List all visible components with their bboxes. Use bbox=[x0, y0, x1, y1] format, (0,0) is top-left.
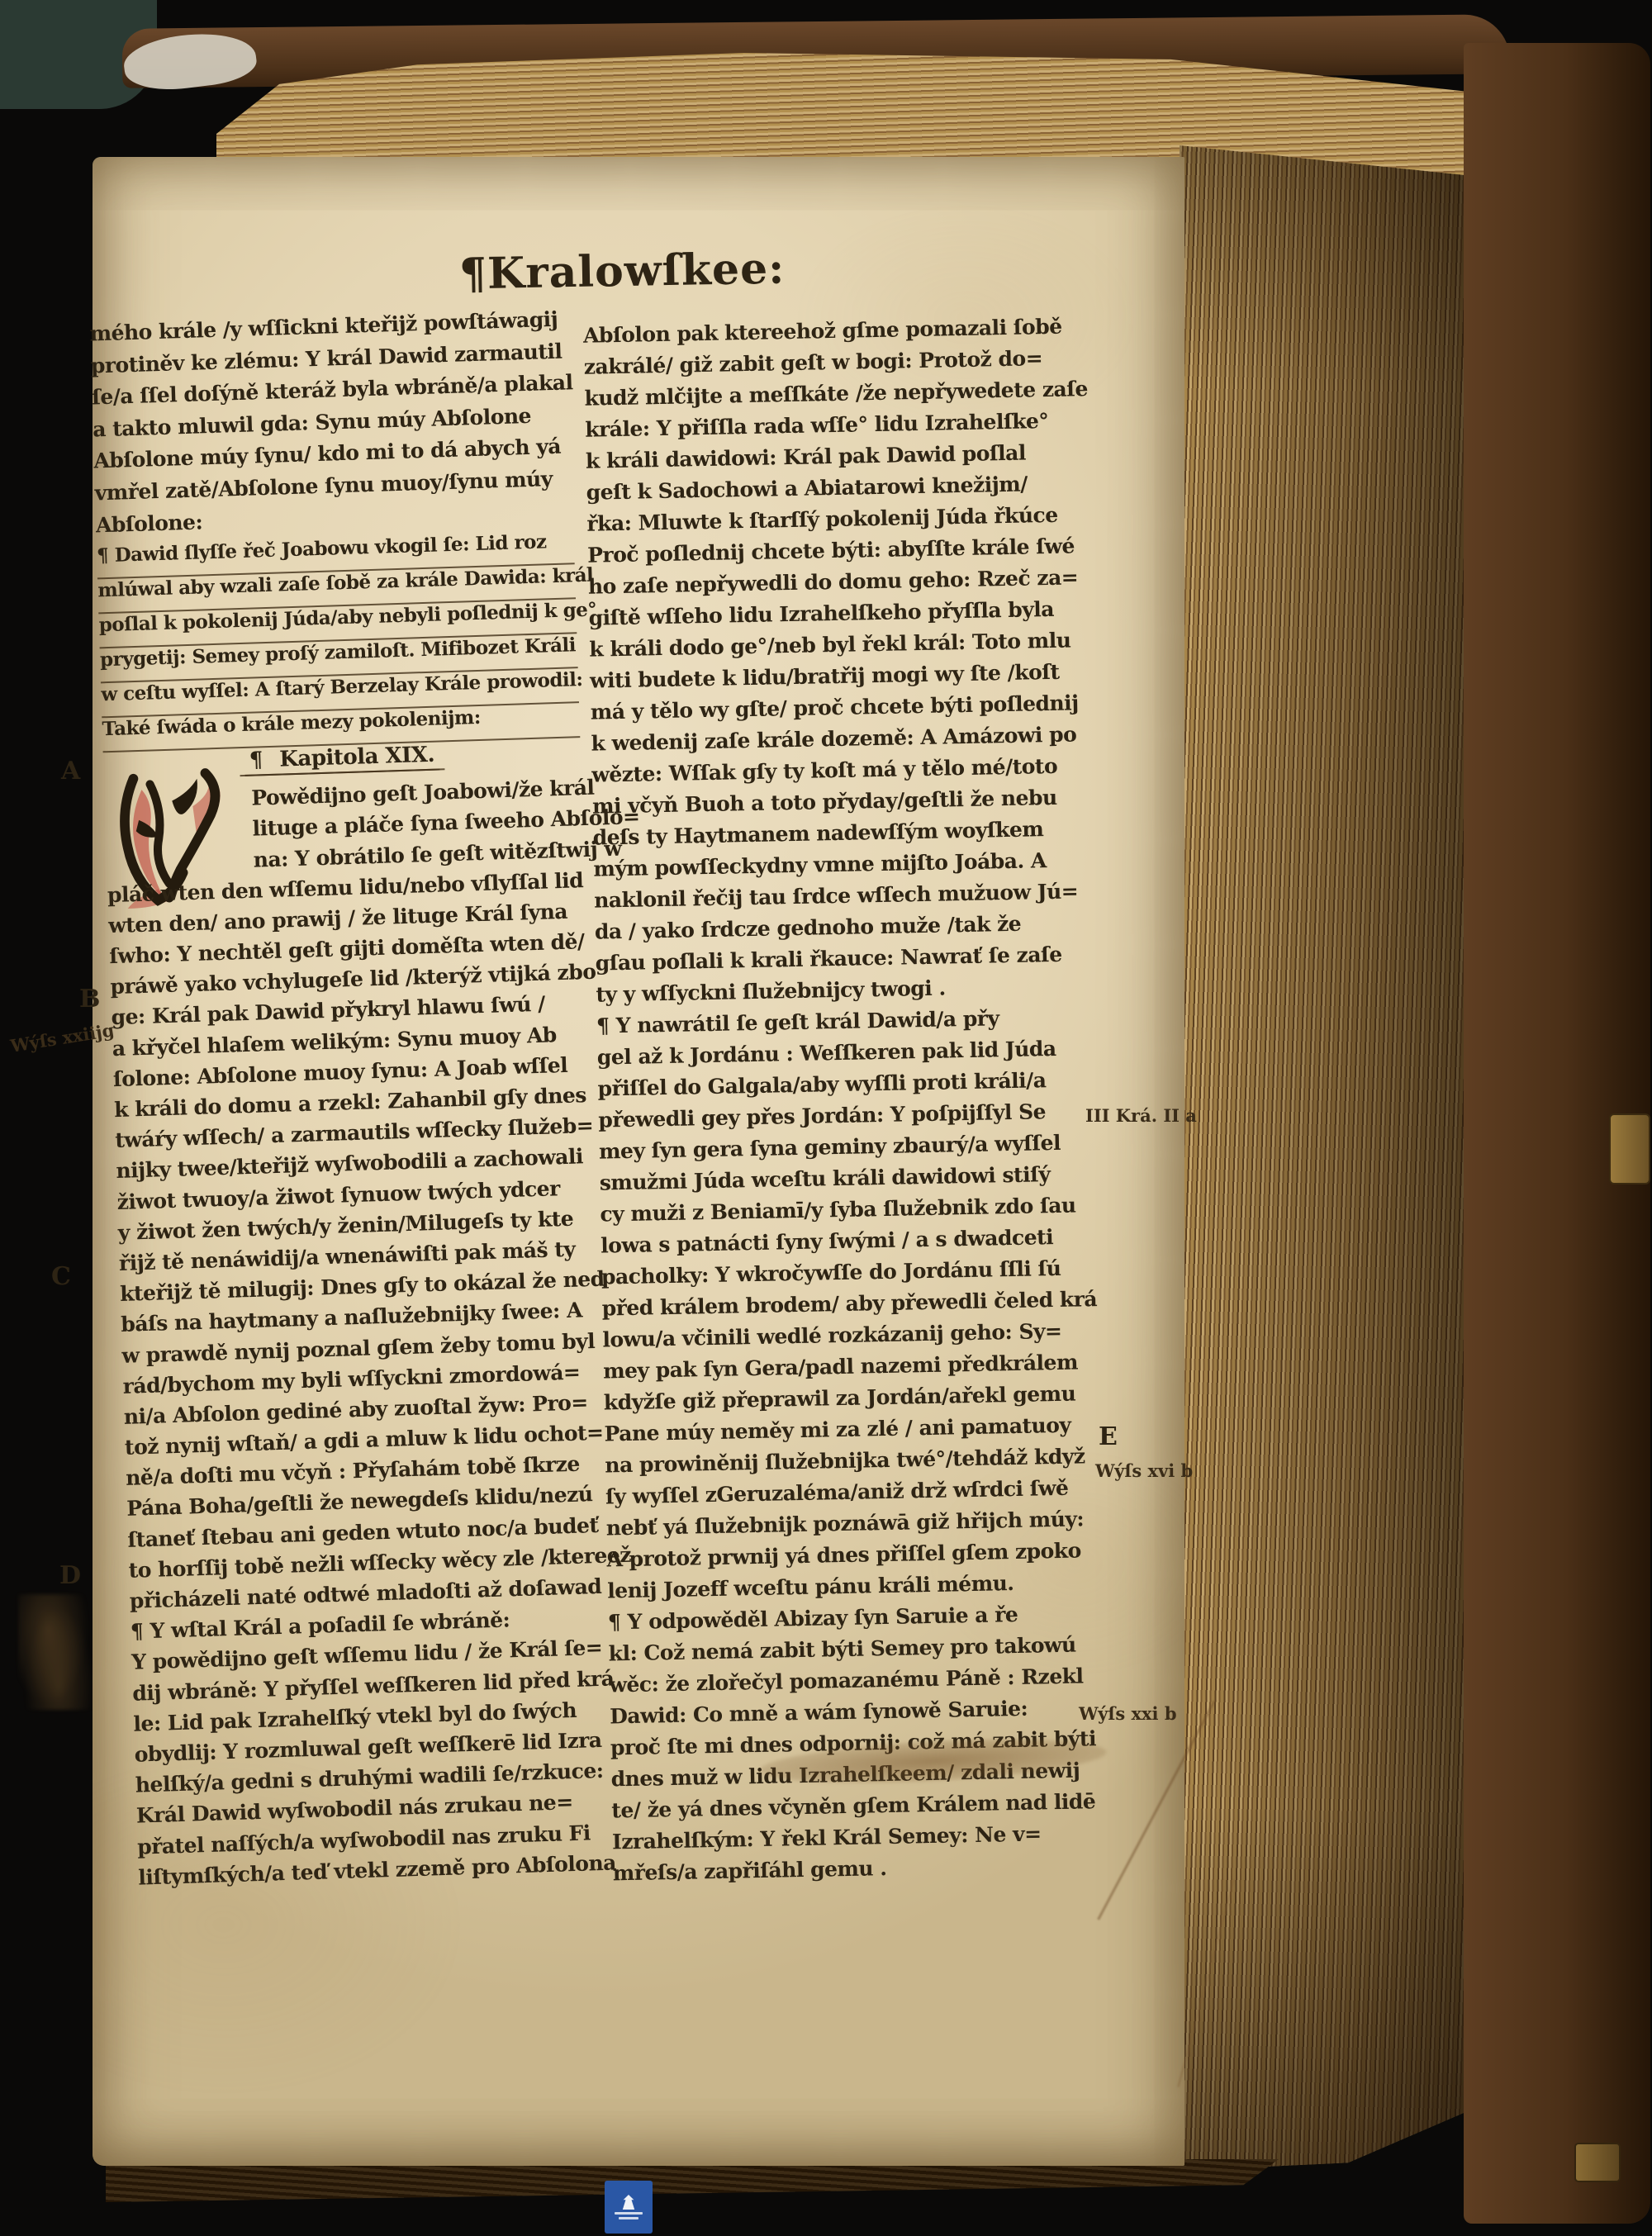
brass-clasp-icon bbox=[1609, 1113, 1650, 1184]
paragraph-letter-C: C bbox=[51, 1262, 71, 1291]
margin-note-right-2: Wýſs xxi b bbox=[1079, 1703, 1177, 1724]
stamp-text-line bbox=[619, 2217, 638, 2219]
stamp-emblem-icon bbox=[622, 2195, 635, 2210]
scanned-book-photo: ¶Kralowſkee: mého krále /y wſſickni kteř… bbox=[0, 0, 1652, 2236]
stamp-text-line bbox=[615, 2212, 643, 2215]
brass-clasp-icon bbox=[1574, 2143, 1621, 2182]
chapter-summary: ¶ Dawid ſlyſſe řeč Joabowu vkogil ſe: Li… bbox=[97, 529, 581, 752]
left-text-column: mého krále /y wſſickni kteřijž powſtáwag… bbox=[89, 306, 616, 1896]
intro-paragraph: mého krále /y wſſickni kteřijž powſtáwag… bbox=[89, 306, 573, 544]
paragraph-letter-A: A bbox=[61, 757, 80, 786]
margin-note-right-1: Wýſs xvi b bbox=[1095, 1460, 1193, 1481]
paragraph-letter-B: B bbox=[79, 985, 100, 1014]
running-title: ¶Kralowſkee: bbox=[458, 244, 785, 300]
page-stain bbox=[18, 1594, 93, 1710]
right-text-column: Abſolon pak ktereehož gſme pomazali ſobě… bbox=[583, 315, 1094, 1893]
chapter-text: Powědijno geſt Joabowi/že krállituge a p… bbox=[104, 776, 616, 1896]
paragraph-letter-E: E bbox=[1099, 1422, 1118, 1451]
paragraph-letter-D: D bbox=[59, 1561, 81, 1590]
column-text: Abſolon pak ktereehož gſme pomazali ſobě… bbox=[583, 315, 1094, 1893]
library-stamp bbox=[605, 2181, 653, 2234]
margin-note-reference: III Krá. II a bbox=[1085, 1105, 1197, 1126]
page-edges-shading bbox=[1180, 145, 1470, 2171]
